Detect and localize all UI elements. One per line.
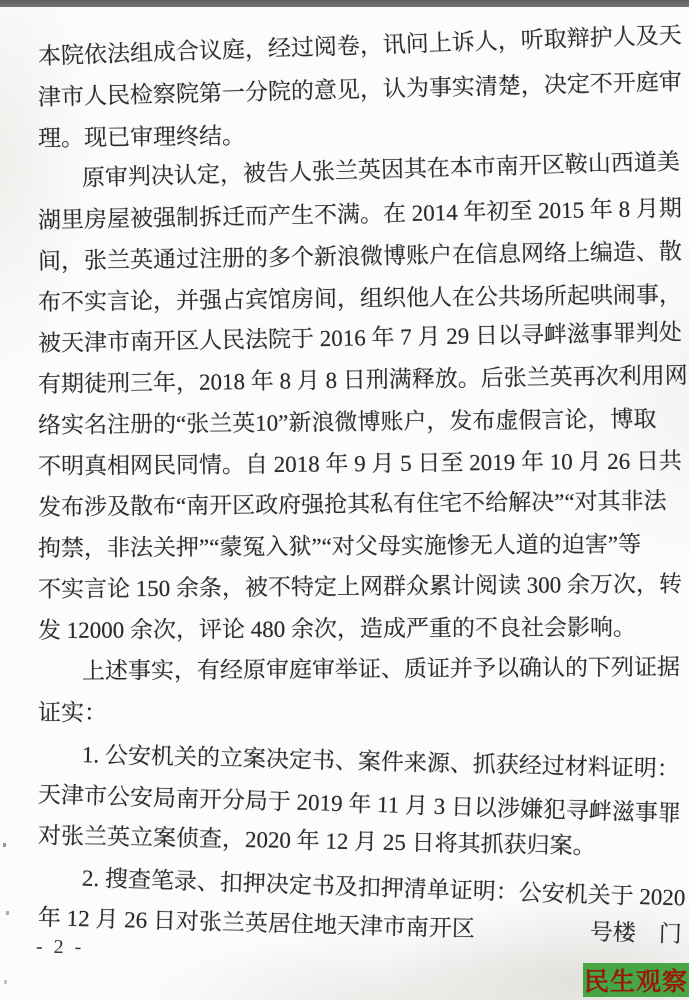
text-line: 上述事实，有经原审庭审举证、质证并予以确认的下列证据 [38, 647, 666, 692]
scan-speck [3, 843, 6, 847]
scanned-court-document-page: 本院依法组成合议庭，经过阅卷，讯问上诉人，听取辩护人及天 津市人民检察院第一分院… [0, 0, 689, 1000]
text-line: 发 12000 余次，评论 480 余次，造成严重的不良社会影响。 [38, 607, 666, 651]
watermark-badge: 民生观察 [583, 963, 689, 997]
text-line: 间，张兰英通过注册的多个新浪微博账户在信息网络上编造、散 [38, 231, 667, 282]
text-line: 证实： [38, 692, 666, 733]
text-line: 络实名注册的“张兰英10”新浪微博账户，发布虚假言论，博取 [38, 398, 666, 446]
text-line: 不实言论 150 余条，被不特定上网群众累计阅读 300 余万次，转 [38, 564, 666, 610]
text-line: 拘禁，非法关押”“蒙冤入狱”“对父母实施惨无人道的迫害”等 [38, 524, 666, 569]
scan-edge-bar [0, 0, 689, 7]
document-body: 本院依法组成合议庭，经过阅卷，讯问上诉人，听取辩护人及天 津市人民检察院第一分院… [38, 36, 666, 938]
page-number: - 2 - [36, 936, 85, 960]
text-line: 发布涉及散布“南开区政府强抢其私有住宅不给解决”“对其非法 [38, 480, 666, 528]
text-line: 不明真相网民同情。自 2018 年 9 月 5 日至 2019 年 10 月 2… [38, 441, 666, 487]
text-line: 有期徒刑三年，2018 年 8 月 8 日刑满释放。后张兰英再次利用网 [38, 355, 667, 405]
